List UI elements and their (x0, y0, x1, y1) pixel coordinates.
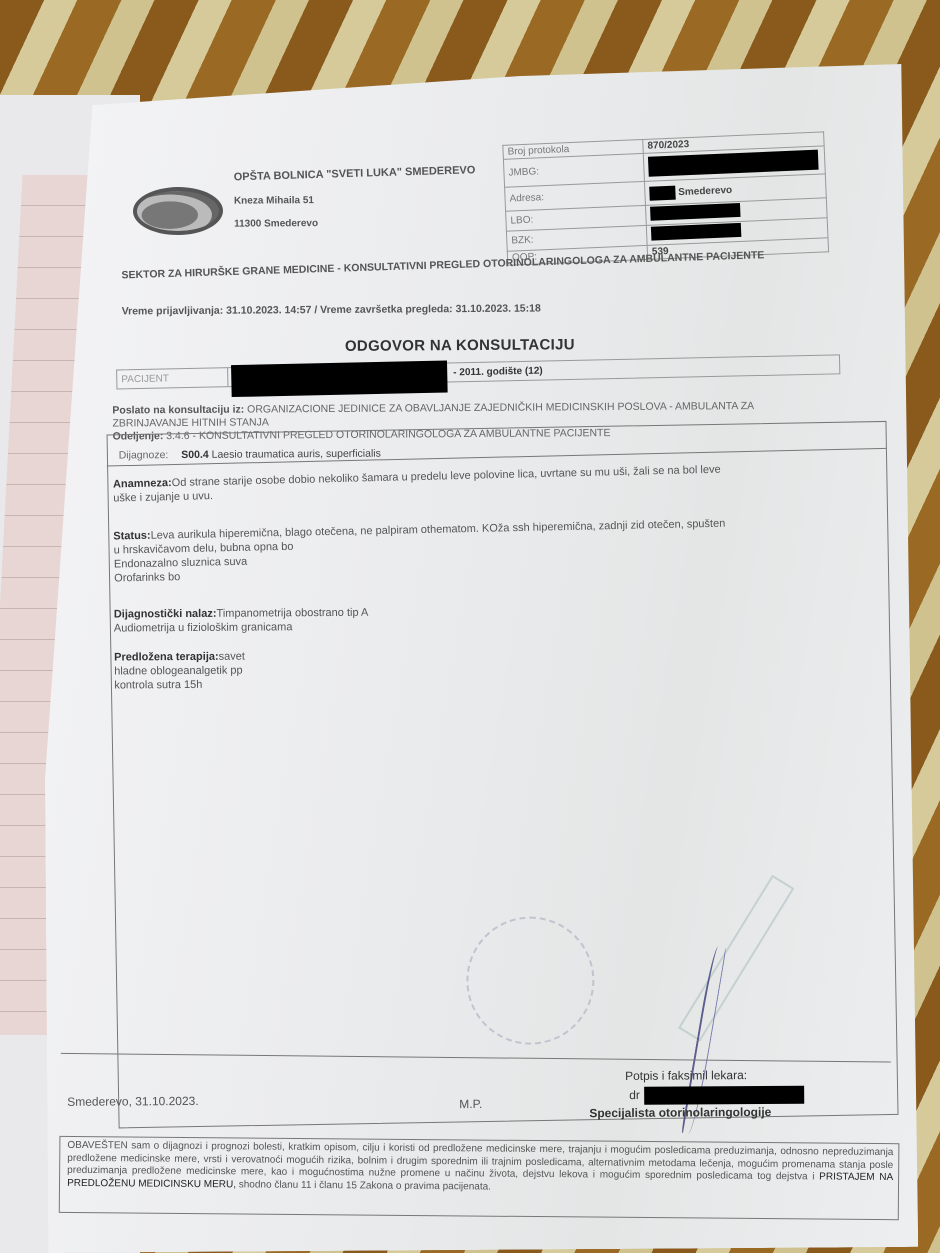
patient-row: PACIJENT - 2011. godište (12) (116, 354, 840, 389)
diagnostic-findings-label: Dijagnostički nalaz: (114, 608, 217, 621)
therapy-section: Predložena terapija:savet hladne oblogea… (114, 645, 854, 692)
doctor-name-redaction (644, 1086, 804, 1105)
doctor-name: dr (629, 1086, 804, 1105)
doctor-specialty: Specijalista otorinolaringologije (589, 1105, 771, 1120)
hospital-street: Kneza Mihaila 51 (234, 195, 314, 207)
redaction-block (651, 223, 742, 241)
signature-label: Potpis i faksimil lekara: (625, 1068, 747, 1083)
patient-info-table: Broj protokola 870/2023 JMBG: Adresa: Sm… (502, 131, 829, 265)
hospital-name: OPŠTA BOLNICA "SVETI LUKA" SMEDEREVO (234, 164, 476, 183)
diagnosis-code: S00.4 (181, 449, 209, 461)
patient-name-redaction (231, 361, 448, 398)
seal-placeholder: M.P. (459, 1097, 482, 1111)
hospital-city: 11300 Smederevo (234, 218, 318, 230)
sent-from-label: Poslato na konsultaciju iz: (112, 404, 244, 417)
patient-label: PACIJENT (121, 373, 169, 385)
document-title: ODGOVOR NA KONSULTACIJU (345, 336, 575, 355)
therapy-label: Predložena terapija: (114, 651, 219, 664)
diagnosis-text: Laesio traumatica auris, superficialis (212, 448, 381, 461)
redaction-block (649, 185, 676, 200)
round-stamp-icon (466, 916, 595, 1045)
diagnostic-findings-section: Dijagnostički nalaz:Timpanometrija obost… (114, 602, 854, 635)
diagnosis-label: Dijagnoze: (119, 449, 169, 461)
place-date: Smederevo, 31.10.2023. (67, 1094, 199, 1109)
anamnesis-label: Anamneza: (113, 477, 172, 490)
document-page: OPŠTA BOLNICA "SVETI LUKA" SMEDEREVO Kne… (40, 64, 918, 1253)
status-label: Status: (113, 530, 151, 543)
redaction-block (650, 203, 741, 221)
redaction-block (648, 150, 819, 177)
cell-divider (227, 368, 228, 386)
exam-times: Vreme prijavljivanja: 31.10.2023. 14:57 … (122, 303, 541, 318)
patient-birth-year: - 2011. godište (12) (453, 366, 543, 379)
hospital-logo-icon (133, 187, 223, 236)
sector-heading: SEKTOR ZA HIRURŠKE GRANE MEDICINE - KONS… (121, 247, 821, 281)
consent-text: OBAVEŠTEN sam o dijagnozi i prognozi bol… (67, 1140, 893, 1197)
